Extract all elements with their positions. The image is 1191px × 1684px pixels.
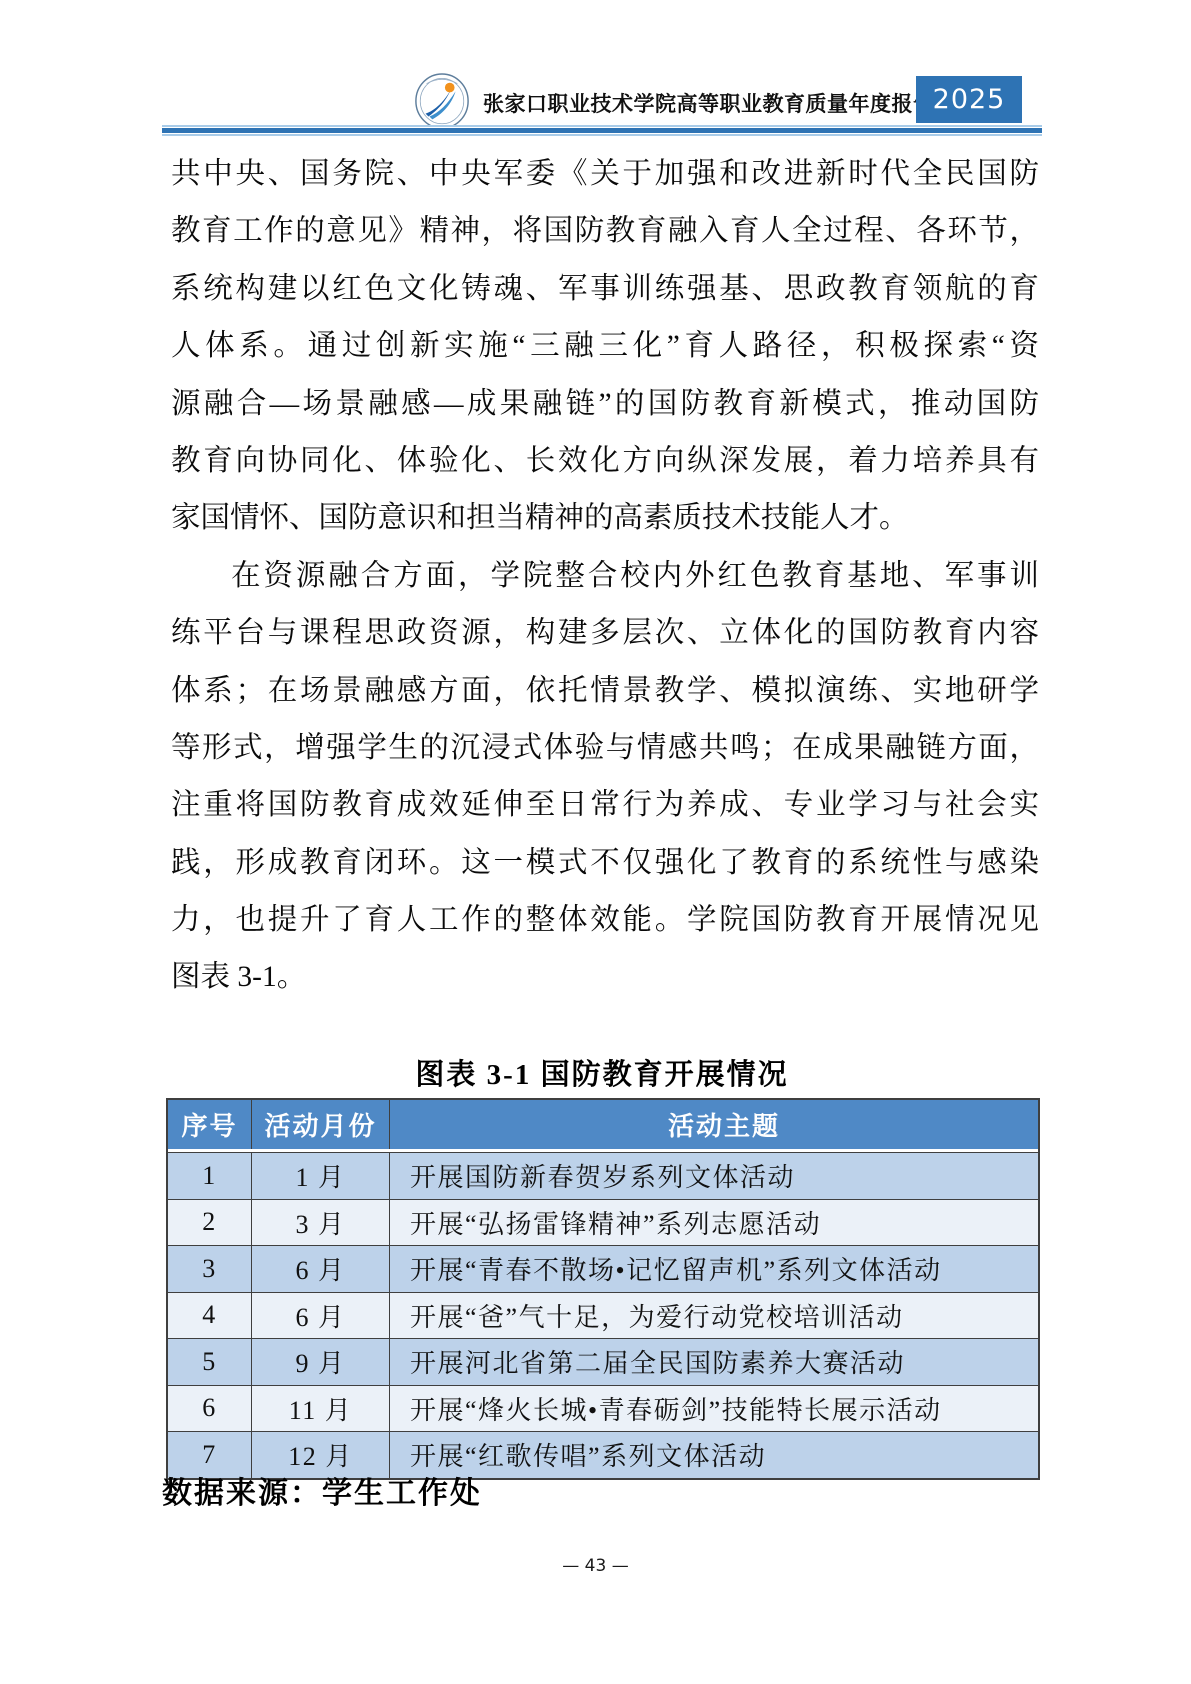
year-badge: 2025 — [916, 76, 1022, 123]
column-header-no: 序号 — [168, 1100, 252, 1149]
column-header-month: 活动月份 — [252, 1100, 390, 1149]
paragraph2-line: 图表 3-1。 — [171, 949, 1039, 1006]
row-theme: 开展“红歌传唱”系列文体活动 — [390, 1432, 1038, 1478]
row-month: 1 月 — [252, 1153, 390, 1199]
report-header-title: 张家口职业技术学院高等职业教育质量年度报告 — [483, 88, 919, 118]
row-no: 4 — [168, 1293, 252, 1339]
paragraph1-line: 共中央、国务院、中央军委《关于加强和改进新时代全民国防 — [171, 146, 1039, 203]
row-month: 3 月 — [252, 1200, 390, 1246]
paragraph2-line: 体系；在场景融感方面，依托情景教学、模拟演练、实地研学 — [171, 663, 1039, 720]
row-no: 1 — [168, 1153, 252, 1199]
table-row: 4 6 月 开展“爸”气十足，为爱行动党校培训活动 — [168, 1292, 1038, 1339]
row-theme: 开展国防新春贺岁系列文体活动 — [390, 1153, 1038, 1199]
row-no: 5 — [168, 1339, 252, 1385]
table-header-row: 序号 活动月份 活动主题 — [168, 1100, 1038, 1152]
table-row: 2 3 月 开展“弘扬雷锋精神”系列志愿活动 — [168, 1199, 1038, 1246]
row-theme: 开展“青春不散场•记忆留声机”系列文体活动 — [390, 1246, 1038, 1292]
paragraph2-line: 在资源融合方面，学院整合校内外红色教育基地、军事训 — [171, 548, 1039, 605]
row-month: 9 月 — [252, 1339, 390, 1385]
column-header-theme: 活动主题 — [390, 1100, 1038, 1149]
table-caption: 图表 3-1 国防教育开展情况 — [162, 1052, 1042, 1093]
table-row: 6 11 月 开展“烽火长城•青春砺剑”技能特长展示活动 — [168, 1385, 1038, 1432]
paragraph1-line: 教育向协同化、体验化、长效化方向纵深发展，着力培养具有 — [171, 433, 1039, 490]
paragraph1-line: 教育工作的意见》精神，将国防教育融入育人全过程、各环节， — [171, 203, 1039, 260]
paragraph1-line: 人体系。通过创新实施“三融三化”育人路径，积极探索“资 — [171, 318, 1039, 375]
row-month: 11 月 — [252, 1386, 390, 1432]
row-theme: 开展“烽火长城•青春砺剑”技能特长展示活动 — [390, 1386, 1038, 1432]
page-number: — 43 — — [0, 1556, 1191, 1576]
activity-table: 序号 活动月份 活动主题 1 1 月 开展国防新春贺岁系列文体活动 2 3 月 … — [166, 1098, 1040, 1480]
row-theme: 开展河北省第二届全民国防素养大赛活动 — [390, 1339, 1038, 1385]
paragraph1-line: 家国情怀、国防意识和担当精神的高素质技术技能人才。 — [171, 490, 1039, 547]
paragraph2-line: 等形式，增强学生的沉浸式体验与情感共鸣；在成果融链方面， — [171, 720, 1039, 777]
paragraph2-line: 练平台与课程思政资源，构建多层次、立体化的国防教育内容 — [171, 605, 1039, 662]
paragraph2-line: 注重将国防教育成效延伸至日常行为养成、专业学习与社会实 — [171, 777, 1039, 834]
paragraph2-line: 力，也提升了育人工作的整体效能。学院国防教育开展情况见 — [171, 892, 1039, 949]
paragraph1-line: 源融合—场景融感—成果融链”的国防教育新模式，推动国防 — [171, 376, 1039, 433]
table-row: 3 6 月 开展“青春不散场•记忆留声机”系列文体活动 — [168, 1245, 1038, 1292]
paragraph1-line: 系统构建以红色文化铸魂、军事训练强基、思政教育领航的育 — [171, 261, 1039, 318]
paragraph2-line: 践，形成教育闭环。这一模式不仅强化了教育的系统性与感染 — [171, 835, 1039, 892]
row-no: 3 — [168, 1246, 252, 1292]
row-month: 6 月 — [252, 1293, 390, 1339]
row-no: 6 — [168, 1386, 252, 1432]
table-row: 1 1 月 开展国防新春贺岁系列文体活动 — [168, 1152, 1038, 1199]
row-no: 2 — [168, 1200, 252, 1246]
report-page: 张家口职业技术学院高等职业教育质量年度报告 2025 共中央、国务院、中央军委《… — [0, 0, 1191, 1684]
table-row: 5 9 月 开展河北省第二届全民国防素养大赛活动 — [168, 1338, 1038, 1385]
header-divider — [162, 125, 1042, 136]
row-theme: 开展“爸”气十足，为爱行动党校培训活动 — [390, 1293, 1038, 1339]
body-text: 共中央、国务院、中央军委《关于加强和改进新时代全民国防 教育工作的意见》精神，将… — [171, 146, 1039, 1007]
row-theme: 开展“弘扬雷锋精神”系列志愿活动 — [390, 1200, 1038, 1246]
row-month: 6 月 — [252, 1246, 390, 1292]
data-source-note: 数据来源：学生工作处 — [162, 1468, 482, 1512]
